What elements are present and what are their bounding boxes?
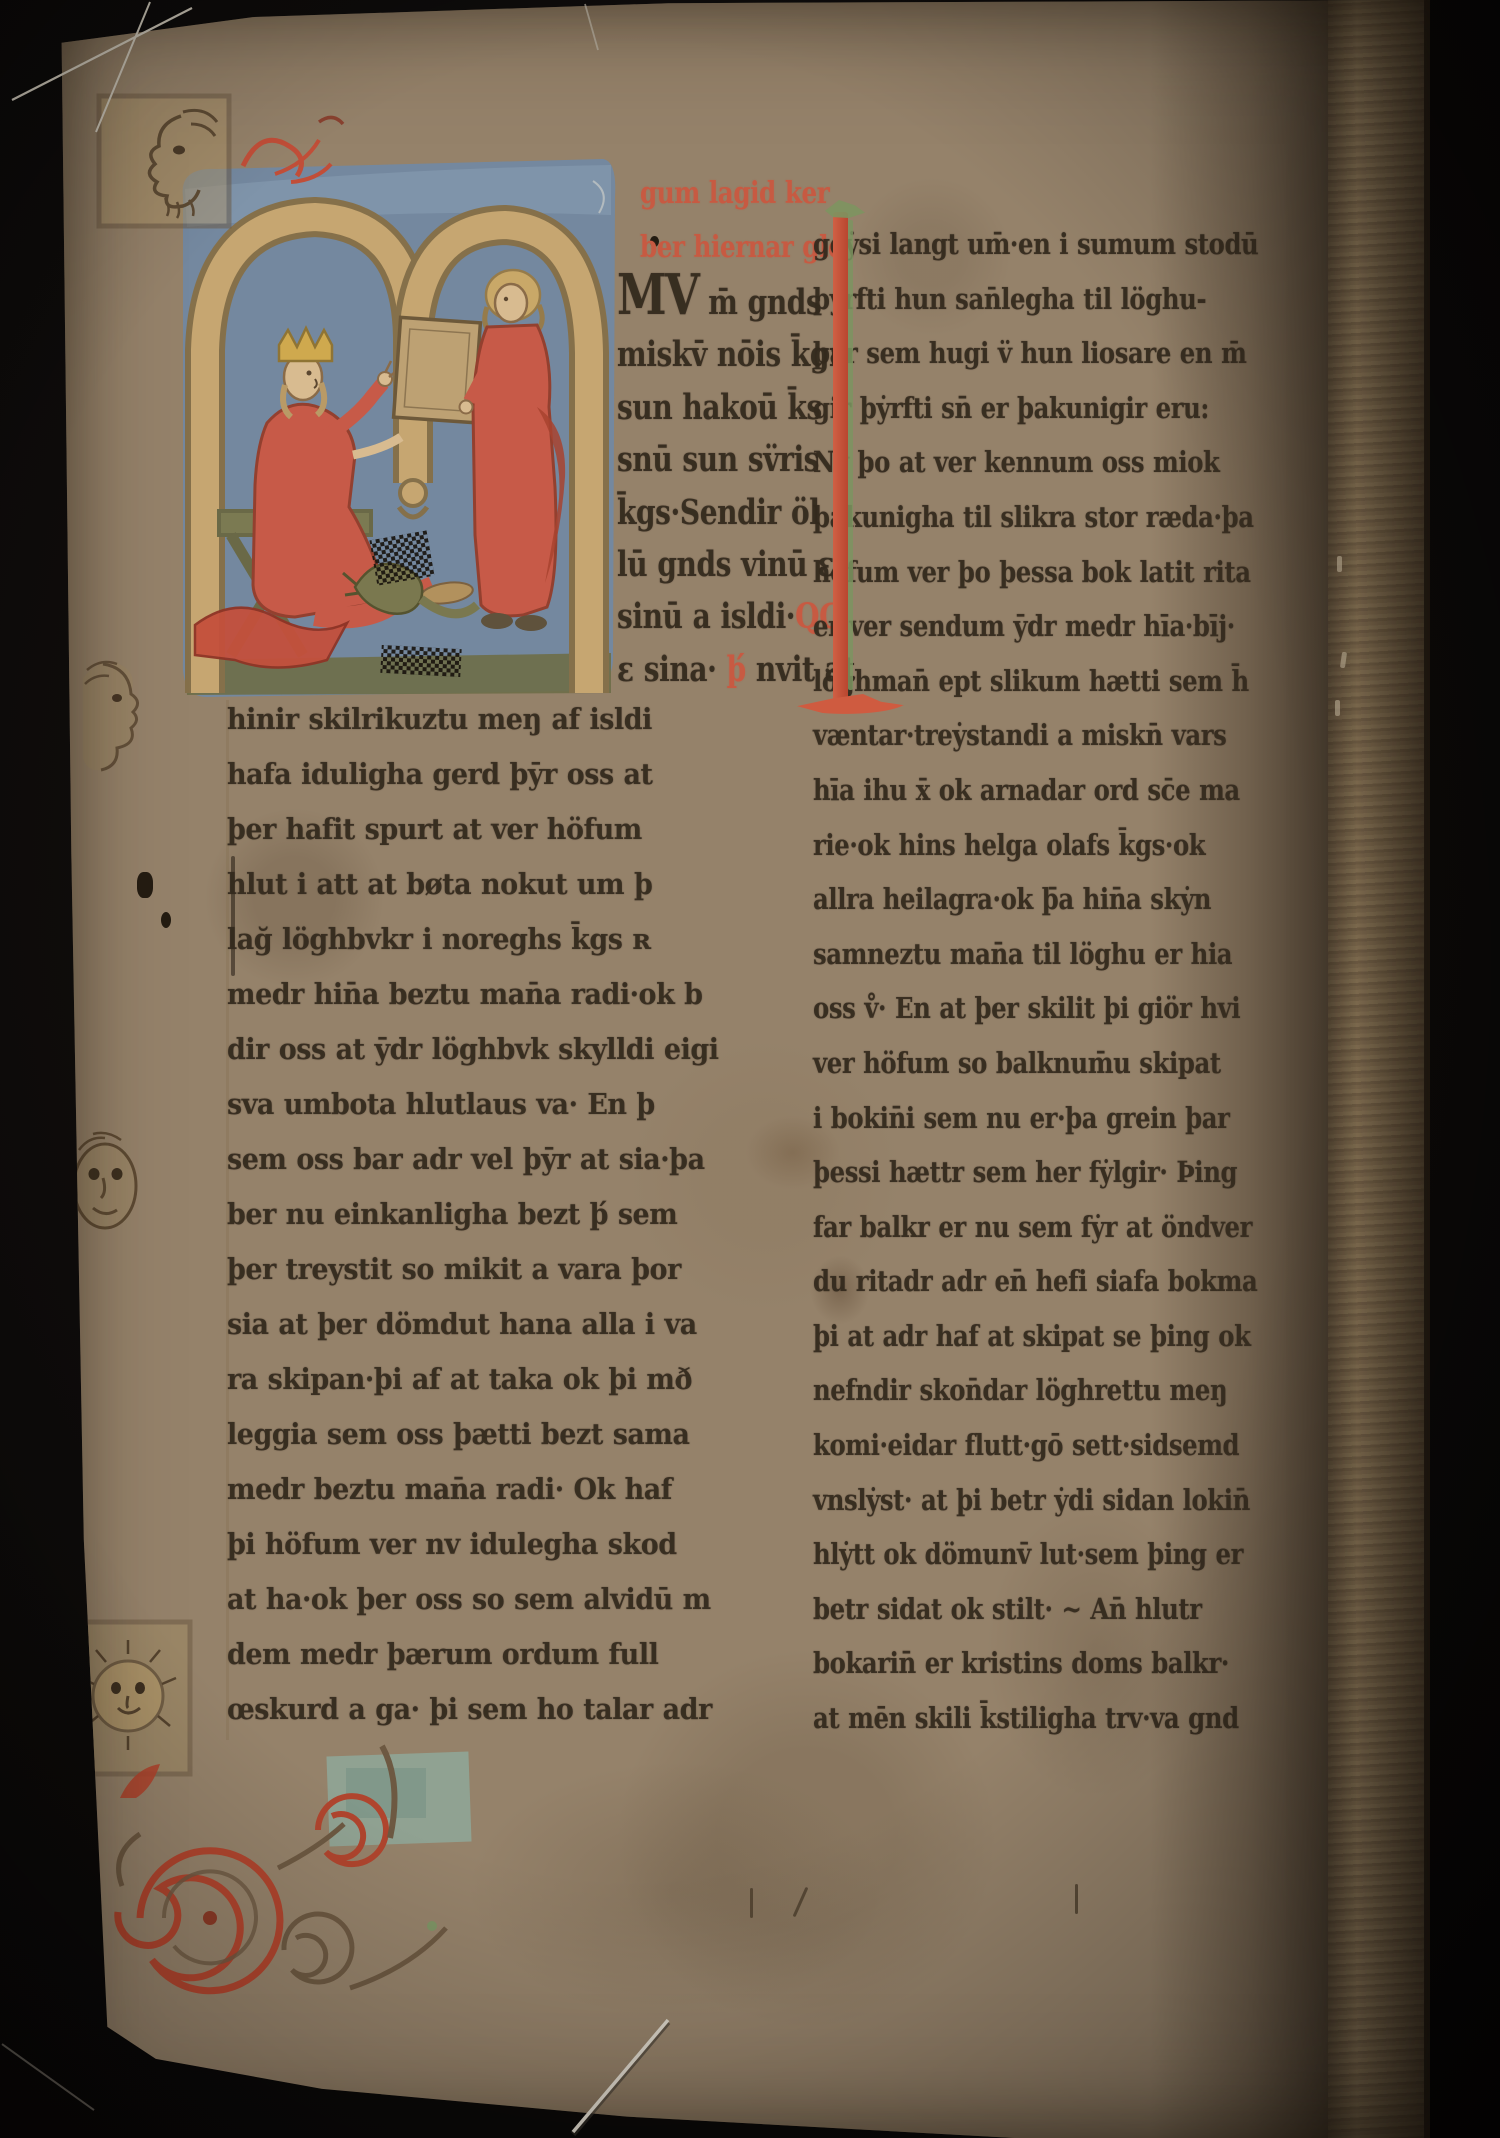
pin-needle <box>2 2044 94 2110</box>
pins-overlay <box>0 0 1500 2138</box>
photo-backdrop: gum lagid ker ber hiernar gle MV m̄ gnds… <box>0 0 1500 2138</box>
sewing-needle <box>573 2020 668 2132</box>
pin-needle <box>96 2 150 132</box>
pin-needle <box>12 8 192 100</box>
pin-needle <box>585 4 598 50</box>
